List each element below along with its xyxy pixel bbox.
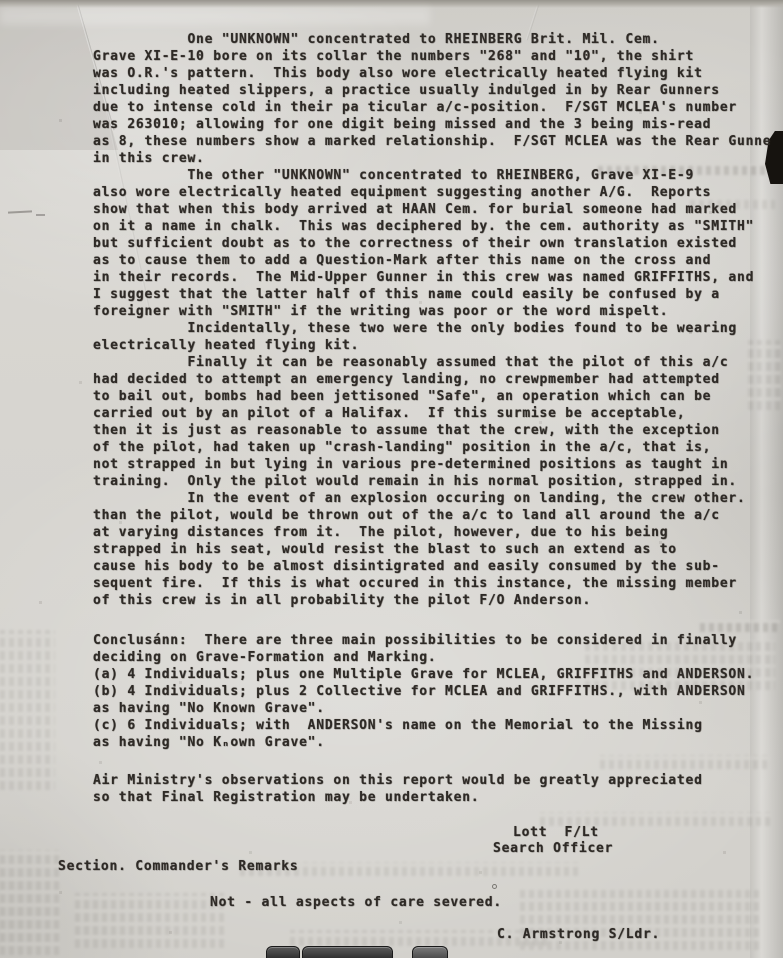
typed-line: than the pilot, would be thrown out of t… bbox=[93, 507, 771, 524]
toolbar-button-2[interactable] bbox=[302, 946, 393, 958]
paper-highlight bbox=[0, 7, 430, 25]
typed-line: (c) 6 Individuals; with ANDERSON's name … bbox=[93, 717, 754, 734]
typed-line: training. Only the pilot would remain in… bbox=[93, 473, 771, 490]
typed-line: show that when this body arrived at HAAN… bbox=[93, 201, 771, 218]
typed-line: Conclusánn: There are three main possibi… bbox=[93, 632, 754, 649]
typed-line: due to intense cold in their pa ticular … bbox=[93, 99, 771, 116]
pencil-mark bbox=[8, 210, 32, 213]
typed-line: in their records. The Mid-Upper Gunner i… bbox=[93, 269, 771, 286]
typed-line: but sufficient doubt as to the correctne… bbox=[93, 235, 771, 252]
typed-line: at varying distances from it. The pilot,… bbox=[93, 524, 771, 541]
stray-ink-dot bbox=[492, 884, 497, 889]
section-commander-remarks-heading: Section. Commander's Remarks bbox=[58, 858, 298, 875]
typed-line: was O.R.'s pattern. This body also wore … bbox=[93, 65, 771, 82]
air-ministry-note: Air Ministry's observations on this repo… bbox=[93, 772, 703, 806]
typed-line: as having "No Kₙown Grave". bbox=[93, 734, 754, 751]
toolbar-button-1[interactable] bbox=[266, 946, 300, 958]
bleedthrough-smudge bbox=[700, 620, 780, 632]
typed-line: to bail out, bombs had been jettisoned "… bbox=[93, 388, 771, 405]
typed-line: including heated slippers, a practice us… bbox=[93, 82, 771, 99]
typed-line: as 8, these numbers show a marked relati… bbox=[93, 133, 771, 150]
pencil-mark bbox=[36, 214, 45, 216]
typed-line: One "UNKNOWN" concentrated to RHEINBERG … bbox=[93, 31, 771, 48]
conclusion-section: Conclusánn: There are three main possibi… bbox=[93, 632, 754, 751]
typed-line: sequent fire. If this is what occured in… bbox=[93, 575, 771, 592]
bottom-toolbar bbox=[265, 946, 465, 958]
bleedthrough-smudge bbox=[0, 850, 60, 955]
typed-line: had decided to attempt an emergency land… bbox=[93, 371, 771, 388]
typed-line: Incidentally, these two were the only bo… bbox=[93, 320, 771, 337]
bleedthrough-smudge bbox=[0, 630, 55, 790]
typed-line: was 263010; allowing for one digit being… bbox=[93, 116, 771, 133]
search-officer-title: Search Officer bbox=[493, 840, 613, 857]
typed-line: foreigner with "SMITH" if the writing wa… bbox=[93, 303, 771, 320]
typed-line: cause his body to be almost disintigrate… bbox=[93, 558, 771, 575]
typed-line: on it a name in chalk. This was decipher… bbox=[93, 218, 771, 235]
typed-line: deciding on Grave-Formation and Marking. bbox=[93, 649, 754, 666]
search-officer-name: Lott F/Lt bbox=[513, 824, 599, 841]
paper-speckles bbox=[0, 0, 1, 1]
typed-line: of the pilot, had taken up "crash-landin… bbox=[93, 439, 771, 456]
typed-line: as to cause them to add a Question-Mark … bbox=[93, 252, 771, 269]
typed-line: (a) 4 Individuals; plus one Multiple Gra… bbox=[93, 666, 754, 683]
typed-line: strapped in his seat, would resist the b… bbox=[93, 541, 771, 558]
typed-line: I suggest that the latter half of this n… bbox=[93, 286, 771, 303]
typed-line: Grave XI-E-10 bore on its collar the num… bbox=[93, 48, 771, 65]
typed-line: also wore electrically heated equipment … bbox=[93, 184, 771, 201]
remarks-note: Not - all aspects of care severed. bbox=[210, 894, 502, 911]
typed-line: In the event of an explosion occuring on… bbox=[93, 490, 771, 507]
typed-line: The other "UNKNOWN" concentrated to RHEI… bbox=[93, 167, 771, 184]
typed-line: in this crew. bbox=[93, 150, 771, 167]
bleedthrough-smudge bbox=[75, 893, 225, 948]
typed-line: carried out by an pilot of a Halifax. If… bbox=[93, 405, 771, 422]
bleedthrough-smudge bbox=[600, 755, 770, 769]
typed-line: Air Ministry's observations on this repo… bbox=[93, 772, 703, 789]
typed-line: as having "No Known Grave". bbox=[93, 700, 754, 717]
typed-line: so that Final Registration may be undert… bbox=[93, 789, 703, 806]
typed-line: of this crew is in all probability the p… bbox=[93, 592, 771, 609]
report-body: One "UNKNOWN" concentrated to RHEINBERG … bbox=[93, 31, 771, 609]
scanned-report-page: One "UNKNOWN" concentrated to RHEINBERG … bbox=[0, 0, 783, 958]
typed-line: electrically heated flying kit. bbox=[93, 337, 771, 354]
typed-line: (b) 4 Individuals; plus 2 Collective for… bbox=[93, 683, 754, 700]
remarks-signoff: C. Armstrong S/Ldr. bbox=[497, 926, 660, 943]
typed-line: Finally it can be reasonably assumed tha… bbox=[93, 354, 771, 371]
typed-line: not strapped in but lying in various pre… bbox=[93, 456, 771, 473]
toolbar-button-3[interactable] bbox=[412, 946, 448, 958]
typed-line: then it is just as reasonable to assume … bbox=[93, 422, 771, 439]
